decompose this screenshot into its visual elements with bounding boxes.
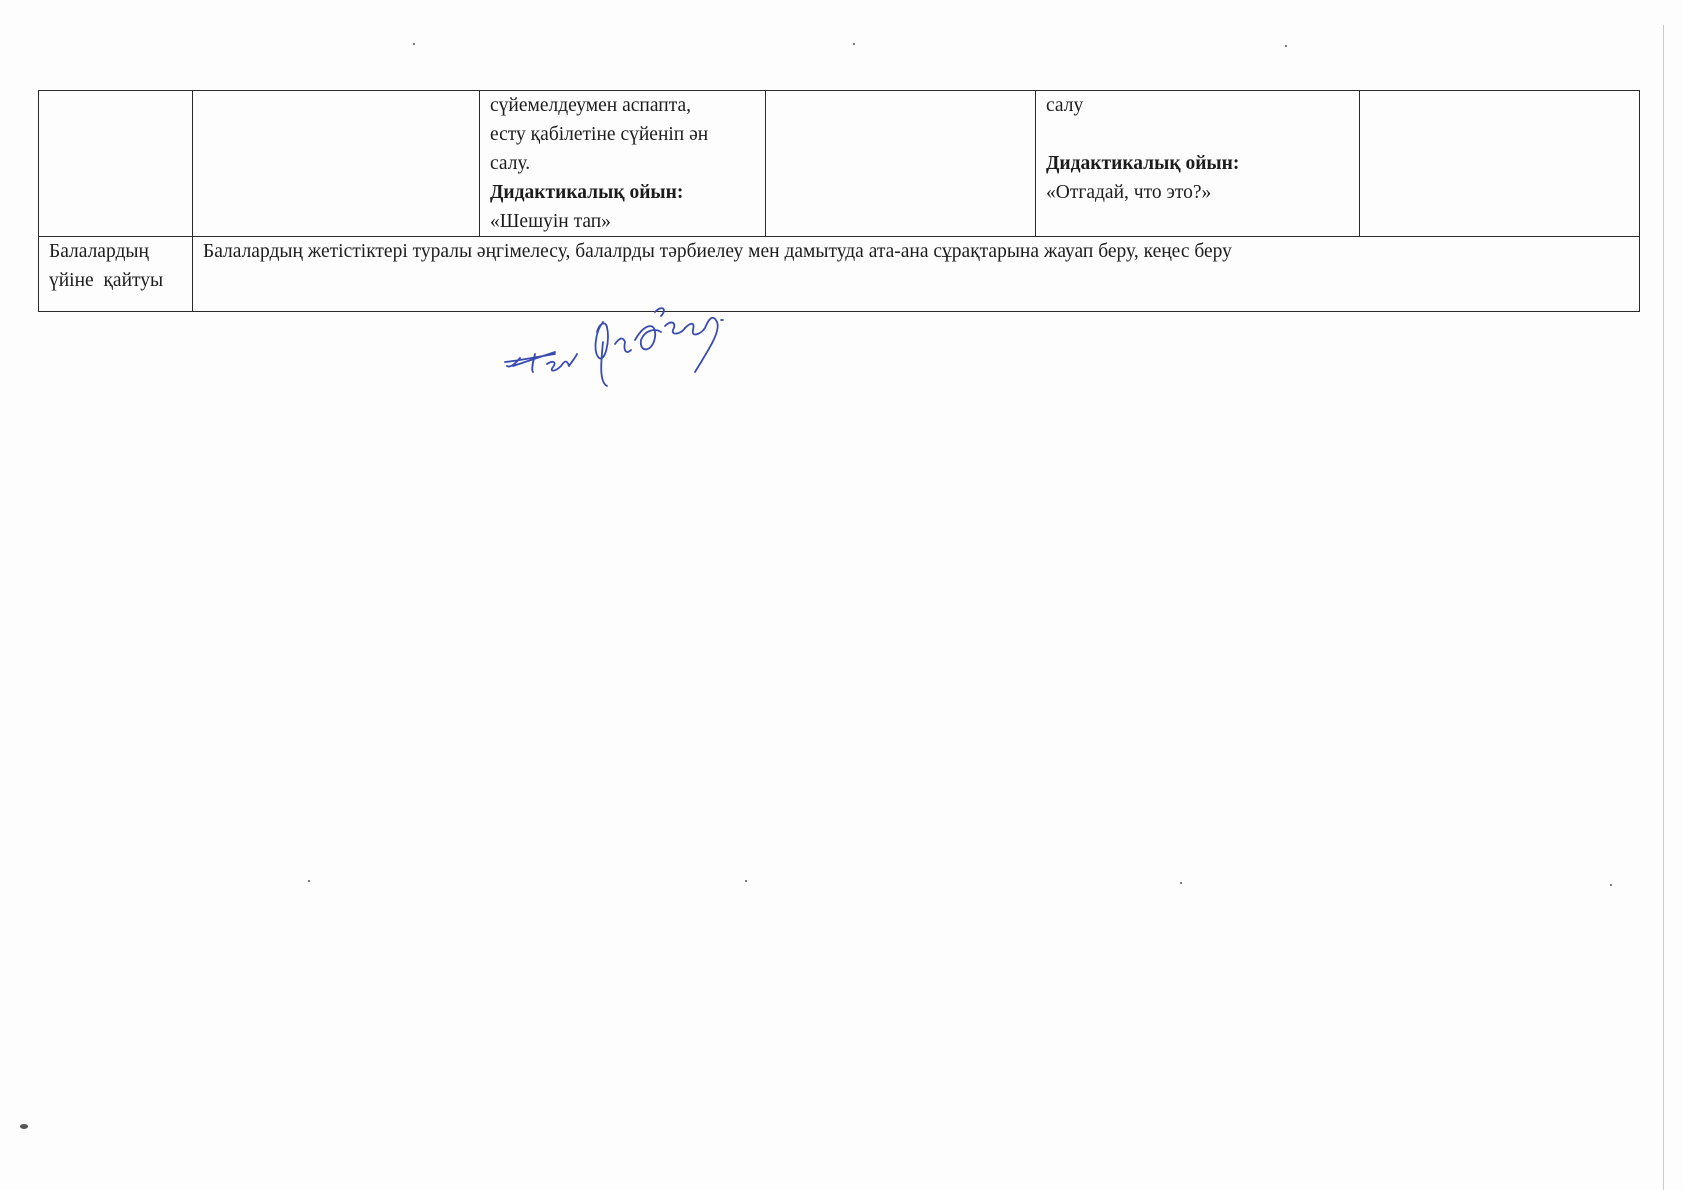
cell-empty <box>766 91 1036 237</box>
cell-music-activity: сүйемелдеумен аспапта, есту қабілетіне с… <box>480 91 766 237</box>
scan-speck <box>1610 884 1612 886</box>
table-row-continued: сүйемелдеумен аспапта, есту қабілетіне с… <box>39 91 1640 237</box>
table-row-going-home: Балалардың үйіне қайтуы Балалардың жетіс… <box>39 237 1640 312</box>
scan-speck <box>413 43 415 45</box>
scan-speck <box>20 1124 28 1129</box>
scan-speck <box>745 880 747 882</box>
cell-empty <box>39 91 193 237</box>
activity-text-line: салу <box>1046 95 1083 116</box>
scan-edge-line <box>1663 25 1664 1190</box>
activity-text-line: сүйемелдеумен аспапта, <box>490 95 691 116</box>
didactic-game-name: «Шешуін тап» <box>490 211 611 232</box>
scan-speck <box>1180 882 1182 884</box>
going-home-content: Балалардың жетістіктері туралы әңгімелес… <box>193 237 1640 312</box>
daily-plan-table: сүйемелдеумен аспапта, есту қабілетіне с… <box>38 90 1640 312</box>
didactic-game-name: «Отгадай, что это?» <box>1046 182 1211 203</box>
cell-empty <box>1360 91 1640 237</box>
scan-speck <box>308 880 310 882</box>
row-label-going-home: Балалардың үйіне қайтуы <box>39 237 193 312</box>
scan-speck <box>853 43 855 45</box>
didactic-game-label: Дидактикалық ойын: <box>490 182 683 203</box>
activity-text-line: есту қабілетіне сүйеніп ән <box>490 124 708 145</box>
cell-singing-activity: салу Дидактикалық ойын: «Отгадай, что эт… <box>1036 91 1360 237</box>
didactic-game-label: Дидактикалық ойын: <box>1046 153 1239 174</box>
row-label-line: Балалардың <box>49 241 149 262</box>
signature-icon <box>495 282 755 392</box>
row-label-line: үйіне қайтуы <box>49 270 163 291</box>
blank-line <box>1046 120 1349 149</box>
cell-empty <box>193 91 480 237</box>
activity-text-line: салу. <box>490 153 530 174</box>
scan-speck <box>1285 45 1287 47</box>
